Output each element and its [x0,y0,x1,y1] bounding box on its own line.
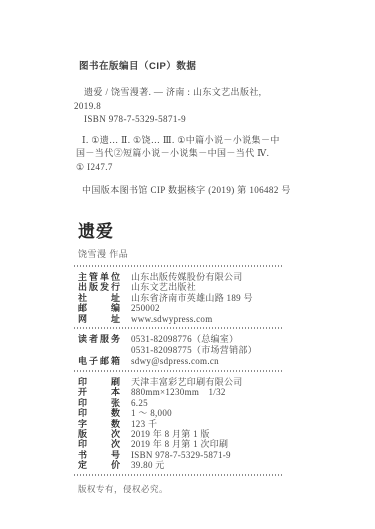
divider-dotted [74,370,282,372]
printing-info: 印刷 天津丰富彩艺印刷有限公司 开本 880mm×1230mm 1/32 印张 … [74,377,282,471]
info-row: 邮编 250002 [74,303,282,313]
row-value: 1 ～ 8,000 [131,408,172,418]
row-value: 2019 年 8 月第 1 版 [131,429,210,439]
info-row: 网址 www.sdwypress.com [74,314,282,324]
row-label: 电子邮箱 [78,356,120,367]
cip-class-line: 国－当代②短篇小说－小说集－中国－当代 Ⅳ. [74,147,282,161]
book-copyright-page: 图书在版编目（CIP）数据 遗爱 / 饶雪漫著. — 济南 : 山东文艺出版社,… [0,0,375,529]
cip-class-line: ① I247.7 [74,161,282,175]
row-value: 0531-82098776（总编室） [131,334,238,345]
row-value: sdwy@sdpress.com.cn [131,356,219,367]
info-row: 印次 2019 年 8 月第 1 次印刷 [74,439,282,449]
row-value: 山东省济南市英雄山路 189 号 [131,293,253,303]
info-row: 读者服务 0531-82098776（总编室） [74,334,282,345]
row-label: 印刷 [78,377,120,387]
info-row: 印数 1 ～ 8,000 [74,408,282,418]
row-value: 山东出版传媒股份有限公司 [131,272,243,282]
row-label: 印张 [78,398,120,408]
row-label: 印数 [78,408,120,418]
info-row: 书号 ISBN 978-7-5329-5871-9 [74,450,282,460]
row-label: 网址 [78,314,120,324]
cip-header: 图书在版编目（CIP）数据 [74,61,282,73]
info-row: 印张 6.25 [74,398,282,408]
author-line: 饶雪漫 作品 [74,249,282,260]
row-value: 天津丰富彩艺印刷有限公司 [131,377,243,387]
info-row: 开本 880mm×1230mm 1/32 [74,387,282,397]
divider-dotted [74,327,282,329]
row-value: 0531-82098775（市场营销部） [131,345,257,356]
cip-class-line: Ⅰ. ①遗… Ⅱ. ①饶… Ⅲ. ①中篇小说－小说集－中 [74,134,282,148]
row-label: 主管单位 [78,272,120,282]
info-row: 定价 39.80 元 [74,460,282,470]
info-row: 0531-82098775（市场营销部） [74,345,282,356]
row-label: 出版发行 [78,282,120,292]
row-value: ISBN 978-7-5329-5871-9 [131,450,231,460]
row-value: 880mm×1230mm 1/32 [131,387,226,397]
cip-classification: Ⅰ. ①遗… Ⅱ. ①饶… Ⅲ. ①中篇小说－小说集－中 国－当代②短篇小说－小… [74,134,282,175]
row-label: 定价 [78,460,120,470]
row-label: 字数 [78,419,120,429]
row-value: 123 千 [131,419,157,429]
page-content: 图书在版编目（CIP）数据 遗爱 / 饶雪漫著. — 济南 : 山东文艺出版社,… [74,61,282,494]
reader-service-info: 读者服务 0531-82098776（总编室） 0531-82098775（市场… [74,334,282,367]
row-label: 开本 [78,387,120,397]
row-value: www.sdwypress.com [131,314,213,324]
row-label: 社址 [78,293,120,303]
info-row: 字数 123 千 [74,419,282,429]
cip-isbn-line: ISBN 978-7-5329-5871-9 [74,113,282,127]
divider-dotted [74,265,282,267]
row-value: 山东文艺出版社 [131,282,196,292]
copyright-notice: 版权专有，侵权必究。 [74,484,282,494]
row-label: 书号 [78,450,120,460]
row-label: 邮编 [78,303,120,313]
publisher-info: 主管单位 山东出版传媒股份有限公司 出版发行 山东文艺出版社 社址 山东省济南市… [74,272,282,324]
info-row: 版次 2019 年 8 月第 1 版 [74,429,282,439]
cip-year-line: 2019.8 [74,100,282,114]
info-row: 主管单位 山东出版传媒股份有限公司 [74,272,282,282]
row-value: 6.25 [131,398,148,408]
row-value: 2019 年 8 月第 1 次印刷 [131,439,228,449]
row-label: 版次 [78,429,120,439]
cip-block: 图书在版编目（CIP）数据 遗爱 / 饶雪漫著. — 济南 : 山东文艺出版社,… [74,61,282,197]
row-label: 印次 [78,439,120,449]
info-row: 电子邮箱 sdwy@sdpress.com.cn [74,356,282,367]
row-value: 250002 [131,303,160,313]
row-value: 39.80 元 [131,460,165,470]
divider-dotted [74,474,282,476]
cip-record-number: 中国版本图书馆 CIP 数据核字 (2019) 第 106482 号 [74,184,282,197]
cip-title-line: 遗爱 / 饶雪漫著. — 济南 : 山东文艺出版社, [74,86,282,100]
info-row: 印刷 天津丰富彩艺印刷有限公司 [74,377,282,387]
row-label: 读者服务 [78,334,120,345]
book-title: 遗爱 [74,221,282,243]
info-row: 社址 山东省济南市英雄山路 189 号 [74,293,282,303]
info-row: 出版发行 山东文艺出版社 [74,282,282,292]
